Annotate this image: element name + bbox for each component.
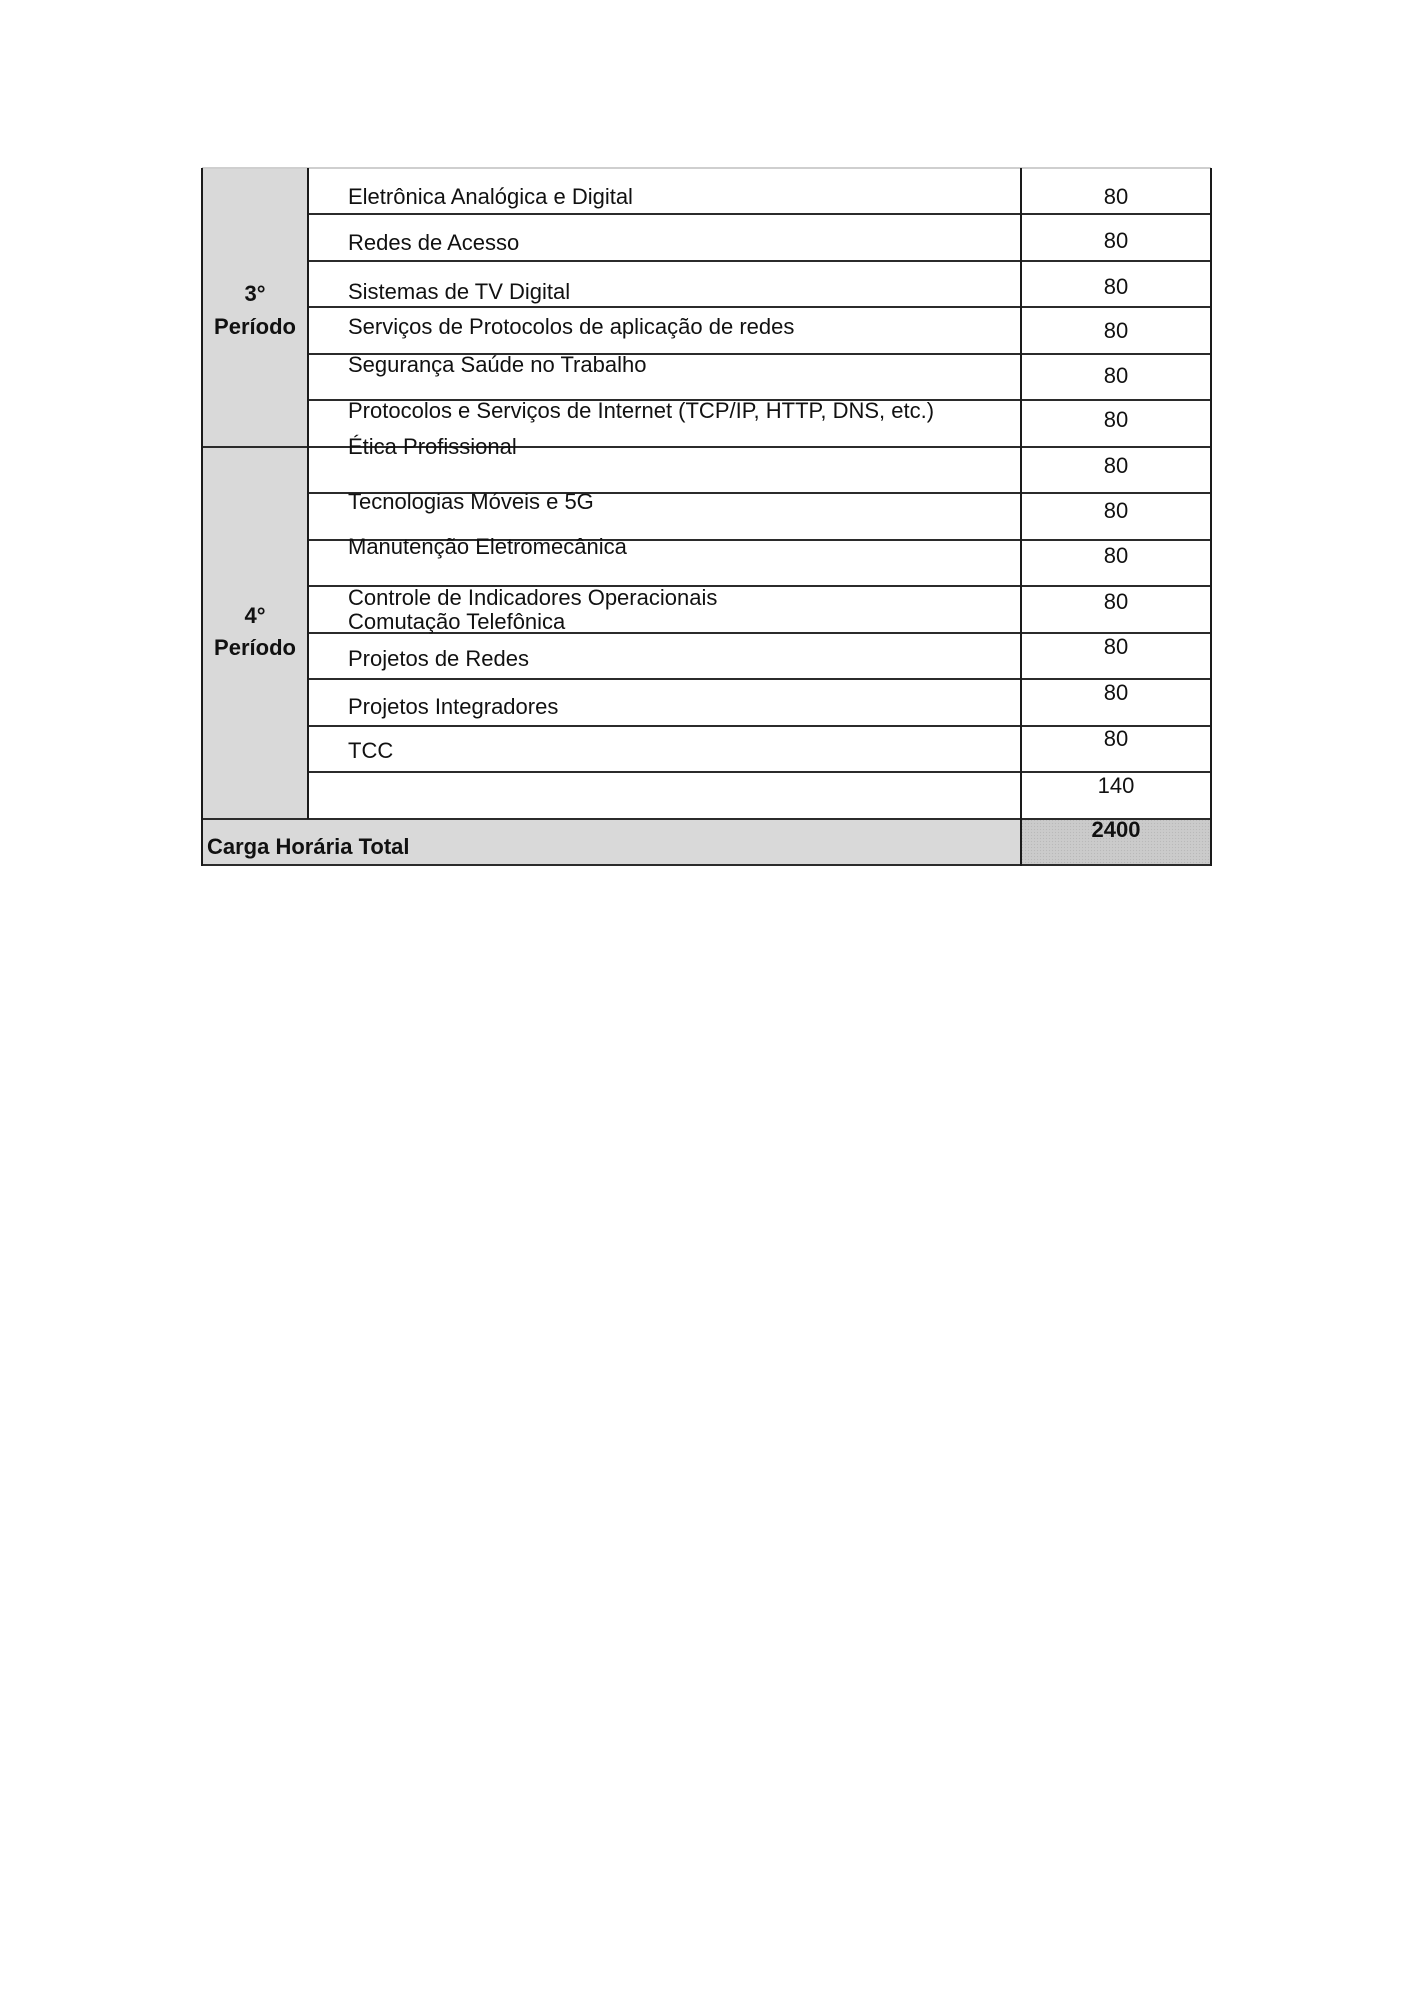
discipline-name: Serviços de Protocolos de aplicação de r…	[348, 316, 794, 338]
row-divider	[308, 213, 1212, 215]
hours-value: 140	[1021, 775, 1211, 797]
discipline-name: Tecnologias Móveis e 5G	[348, 491, 594, 513]
period-number: 4°	[202, 605, 308, 627]
total-value: 2400	[1021, 819, 1211, 841]
discipline-name: Projetos de Redes	[348, 648, 529, 670]
row-divider	[308, 260, 1212, 262]
hours-value: 80	[1021, 682, 1211, 704]
hours-value: 80	[1021, 591, 1211, 613]
period-column-divider	[307, 168, 309, 819]
hours-value: 80	[1021, 455, 1211, 477]
document-page: 3°Período4°PeríodoEletrônica Analógica e…	[0, 0, 1414, 2000]
discipline-name: Sistemas de TV Digital	[348, 281, 570, 303]
row-divider	[308, 306, 1212, 308]
period-number: 3°	[202, 283, 308, 305]
hours-value: 80	[1021, 409, 1211, 431]
discipline-name: Ética Profissional	[348, 436, 517, 458]
hours-value: 80	[1021, 545, 1211, 567]
table-left-border	[201, 168, 203, 866]
hours-value: 80	[1021, 276, 1211, 298]
discipline-name: Manutenção Eletromecânica	[348, 536, 627, 558]
table-top-border	[202, 167, 1211, 169]
hours-value: 80	[1021, 500, 1211, 522]
row-divider	[308, 771, 1212, 773]
hours-value: 80	[1021, 186, 1211, 208]
period-cell-background	[202, 168, 308, 447]
period-label: Período	[202, 637, 308, 659]
discipline-name: Comutação Telefônica	[348, 611, 565, 633]
row-divider	[202, 864, 1212, 866]
hours-value: 80	[1021, 365, 1211, 387]
discipline-name: Eletrônica Analógica e Digital	[348, 186, 633, 208]
hours-value: 80	[1021, 636, 1211, 658]
discipline-name: TCC	[348, 740, 393, 762]
hours-value: 80	[1021, 320, 1211, 342]
hours-value: 80	[1021, 230, 1211, 252]
period-cell-background	[202, 447, 308, 819]
row-divider	[308, 678, 1212, 680]
hours-value: 80	[1021, 728, 1211, 750]
discipline-name: Redes de Acesso	[348, 232, 519, 254]
period-label: Período	[202, 316, 308, 338]
discipline-name: Protocolos e Serviços de Internet (TCP/I…	[348, 400, 934, 422]
discipline-name: Segurança Saúde no Trabalho	[348, 354, 646, 376]
total-label: Carga Horária Total	[207, 836, 410, 858]
row-divider	[308, 725, 1212, 727]
discipline-name: Projetos Integradores	[348, 696, 558, 718]
discipline-name: Controle de Indicadores Operacionais	[348, 587, 717, 609]
